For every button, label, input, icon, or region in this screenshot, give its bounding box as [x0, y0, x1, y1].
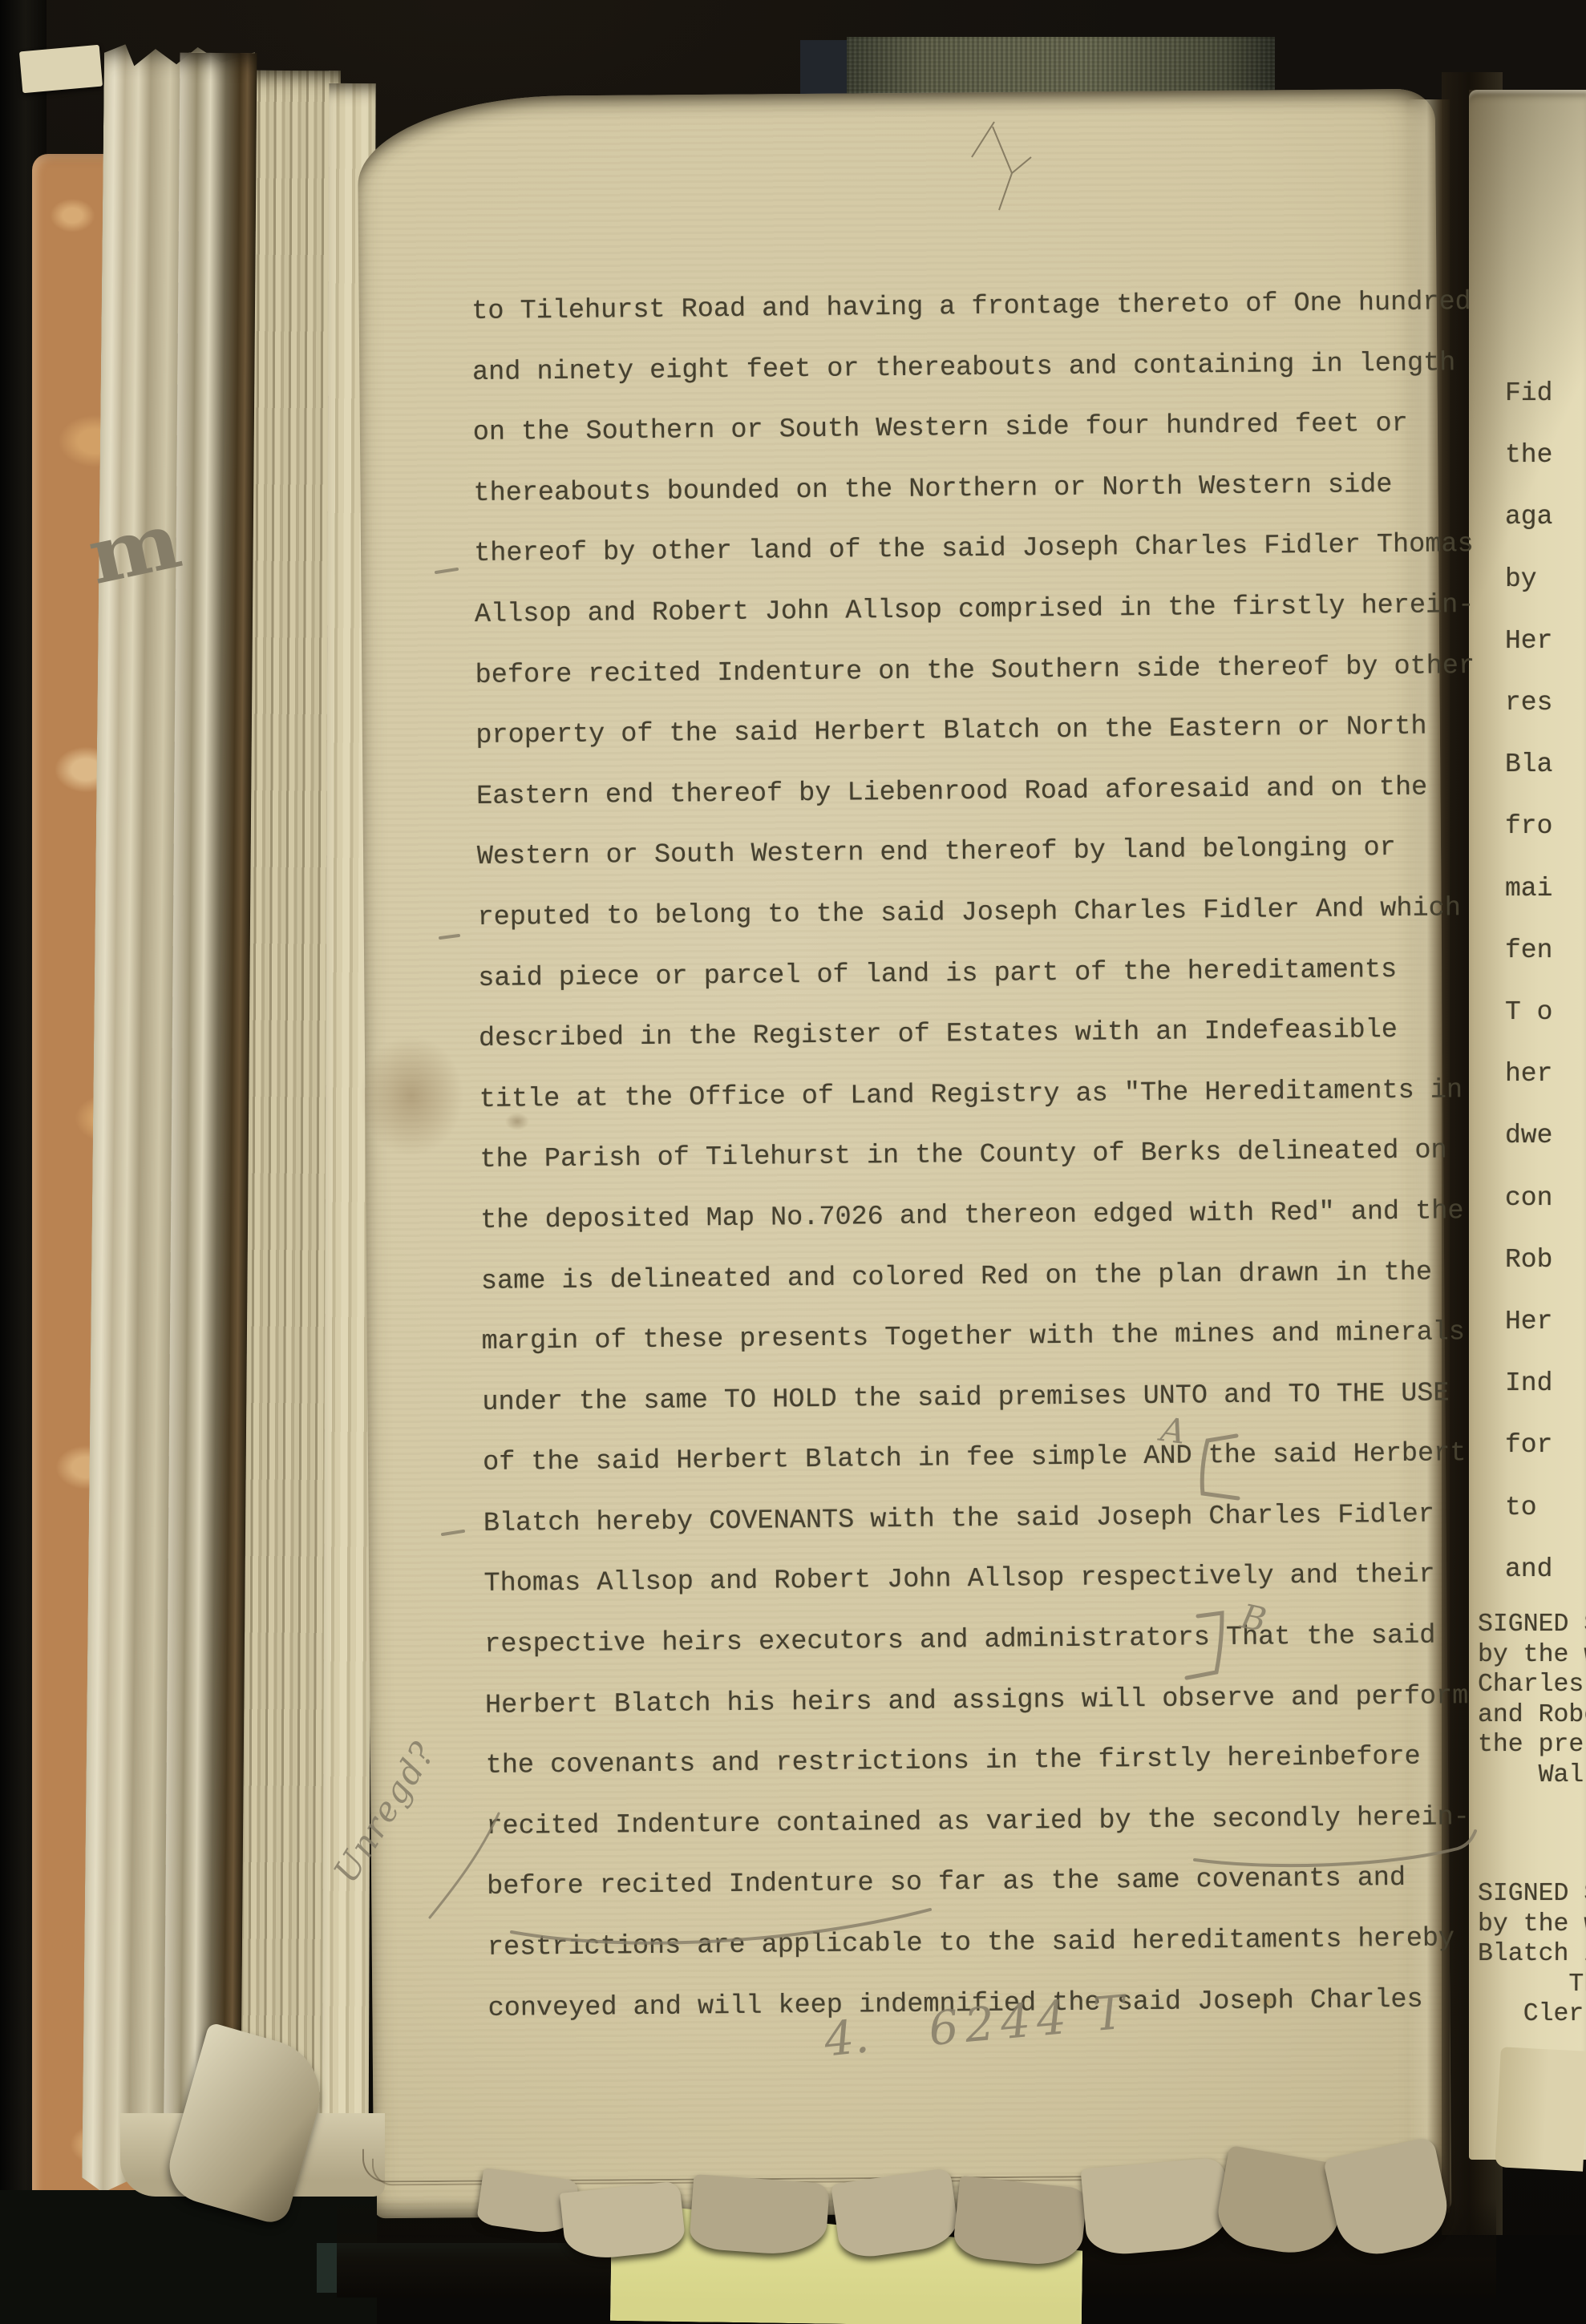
- pencil-strokes-overlay: [0, 0, 1586, 2324]
- pencil-open-bracket-icon: [1202, 1436, 1238, 1498]
- archival-photo-bound-deed-volume: m to Tilehurst Road and having a frontag…: [0, 0, 1586, 2324]
- pencil-swoosh: [512, 1910, 930, 1943]
- pencil-margin-dash: [443, 1531, 463, 1534]
- pencil-close-bracket-icon: [1187, 1613, 1222, 1678]
- pencil-margin-dash: [436, 569, 457, 572]
- pencil-margin-dash: [440, 936, 459, 938]
- pencil-underline: [1195, 1831, 1475, 1865]
- pencil-note-leader: [430, 1813, 499, 1918]
- paper-tear-mark: [972, 122, 1031, 210]
